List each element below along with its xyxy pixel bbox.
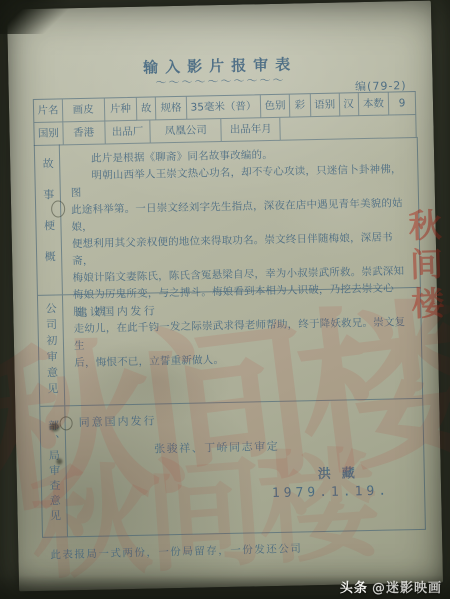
company-label-column: 公司初审意见 <box>38 295 65 405</box>
field-label-type: 片种 <box>104 98 137 122</box>
bureau-signature: 洪藏 <box>318 462 366 482</box>
field-label-release-date: 出品年月 <box>221 118 281 142</box>
section-synopsis: 故事梗概 此片是根据《聊斋》同名故事改编的。 明朝山西举人王崇文热心功名，却不专… <box>35 137 420 296</box>
company-review-text: 建议国内发行 <box>76 302 157 320</box>
form-body: 故事梗概 此片是根据《聊斋》同名故事改编的。 明朝山西举人王崇文热心功名，却不专… <box>34 137 426 538</box>
field-value-format: 35毫米（普） <box>187 95 262 120</box>
bureau-decision-text: 同意国内发行 <box>78 412 156 430</box>
section-bureau-review: 部、局审查意见 同意国内发行 张骏祥、丁峤同志审定 洪藏 1979.1.19. <box>40 399 425 537</box>
document-photo: 输入影片报审表 ～～～～～～～～～～ 编(79-2) 片名 画皮 片种 故 规格… <box>0 0 450 599</box>
field-value-title: 画皮 <box>62 98 104 122</box>
field-value-reels: 9 <box>389 92 416 116</box>
company-review-label: 公司初审意见 <box>42 302 60 398</box>
field-value-studio: 凤凰公司 <box>151 119 222 143</box>
field-value-country: 香港 <box>63 121 105 145</box>
bureau-review-content: 同意国内发行 张骏祥、丁峤同志审定 洪藏 1979.1.19. <box>65 399 425 536</box>
ink-blot <box>56 458 62 464</box>
form-paper: 输入影片报审表 ～～～～～～～～～～ 编(79-2) 片名 画皮 片种 故 规格… <box>7 1 443 592</box>
synopsis-content: 此片是根据《聊斋》同名故事改编的。 明朝山西举人王崇文热心功名，却不专心攻读，只… <box>60 137 420 294</box>
synopsis-label: 故事梗概 <box>39 158 58 282</box>
field-label-reels: 本数 <box>358 93 389 117</box>
field-label-studio: 出品厂 <box>105 121 151 145</box>
field-label-format: 规格 <box>156 97 187 121</box>
brand-handle: @迷影映画 <box>372 581 442 596</box>
bureau-review-label: 部、局审查意见 <box>45 419 63 524</box>
field-value-color: 彩 <box>290 94 311 117</box>
synopsis-label-column: 故事梗概 <box>35 144 63 294</box>
brand-name: 头条 <box>340 581 368 596</box>
field-value-type: 故 <box>137 97 157 120</box>
photo-corner-shadow <box>0 0 70 34</box>
bureau-approvers-text: 张骏祥、丁峤同志审定 <box>154 438 279 457</box>
company-review-content: 建议国内发行 <box>63 288 422 405</box>
field-label-title: 片名 <box>34 99 63 123</box>
field-label-language: 语别 <box>311 94 340 118</box>
footer-note: 此表报局一式两份，一份局留存，一份发还公司 <box>50 541 302 563</box>
brand-watermark: 头条 @迷影映画 <box>340 577 442 596</box>
section-company-review: 公司初审意见 建议国内发行 <box>38 288 422 407</box>
field-label-country: 国别 <box>34 122 63 146</box>
field-label-color: 色别 <box>261 95 290 119</box>
field-value-language: 汉 <box>339 93 359 116</box>
bureau-date: 1979.1.19. <box>272 484 391 501</box>
